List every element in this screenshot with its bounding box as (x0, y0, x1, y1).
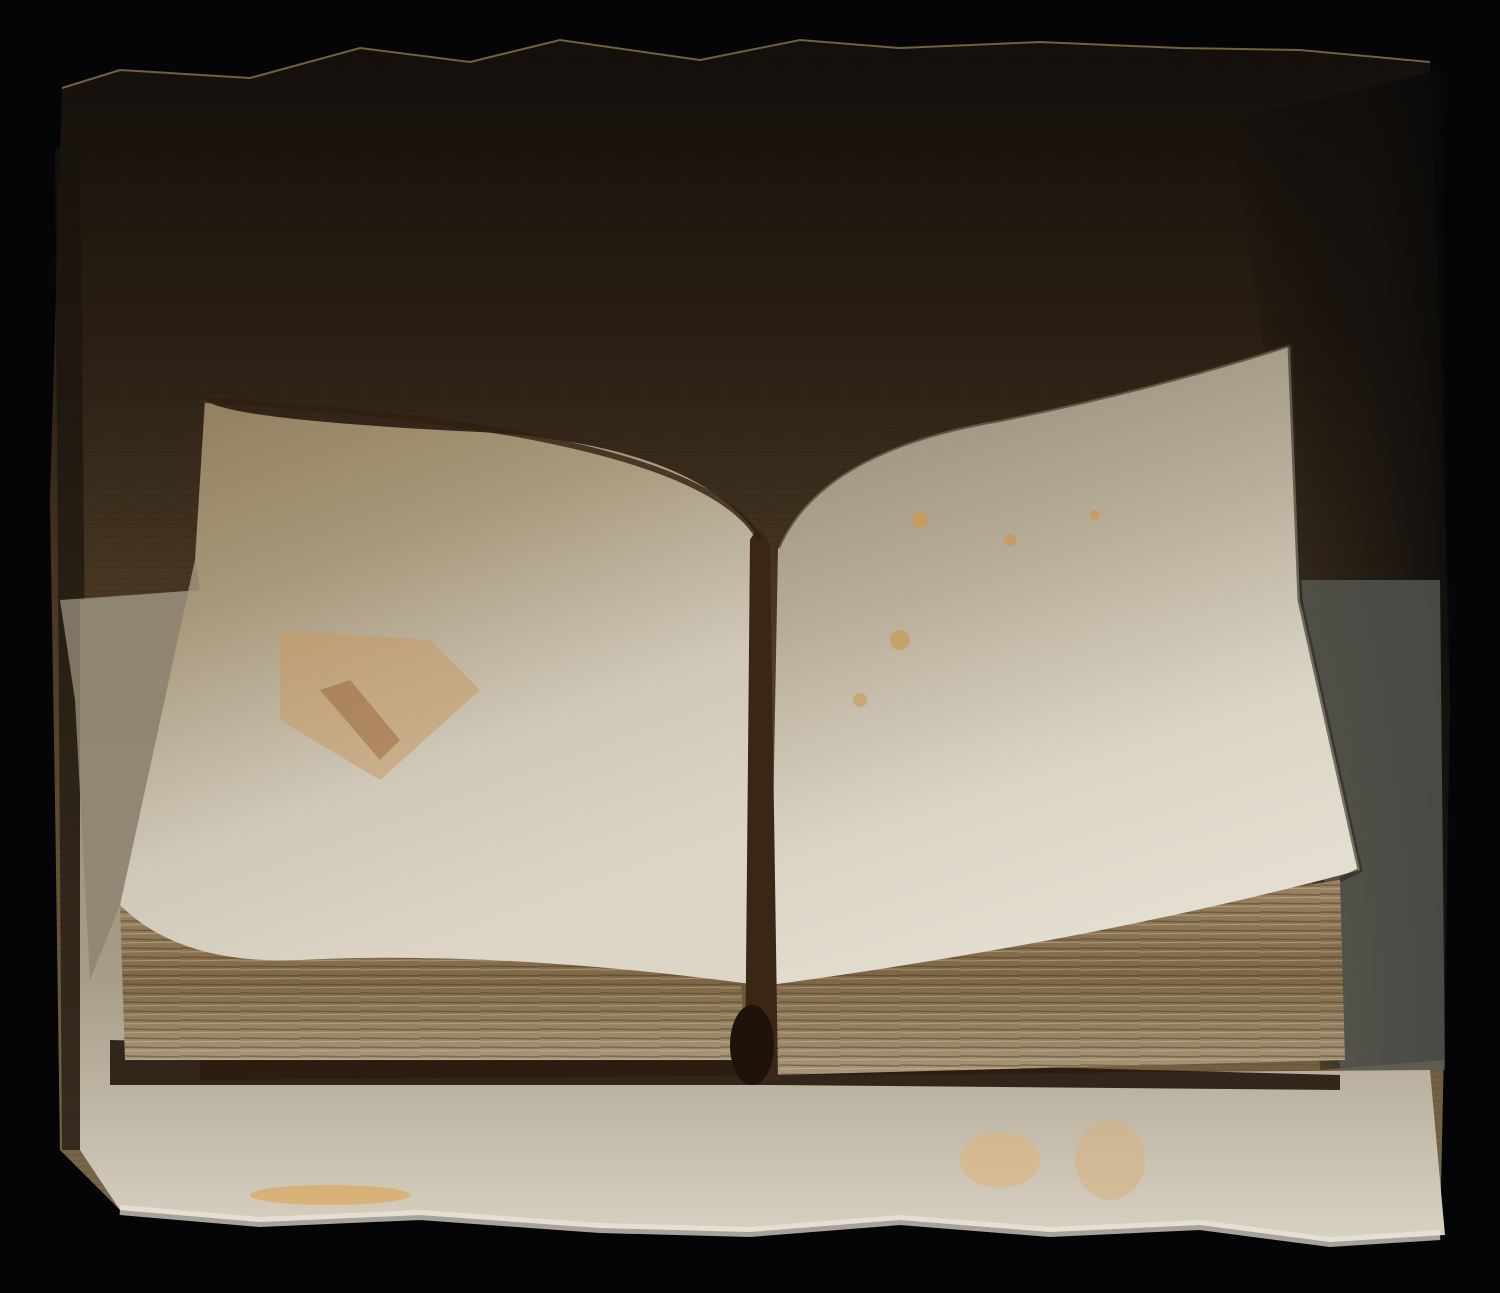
painting-canvas (0, 0, 1500, 1293)
painting-scene (0, 0, 1500, 1293)
